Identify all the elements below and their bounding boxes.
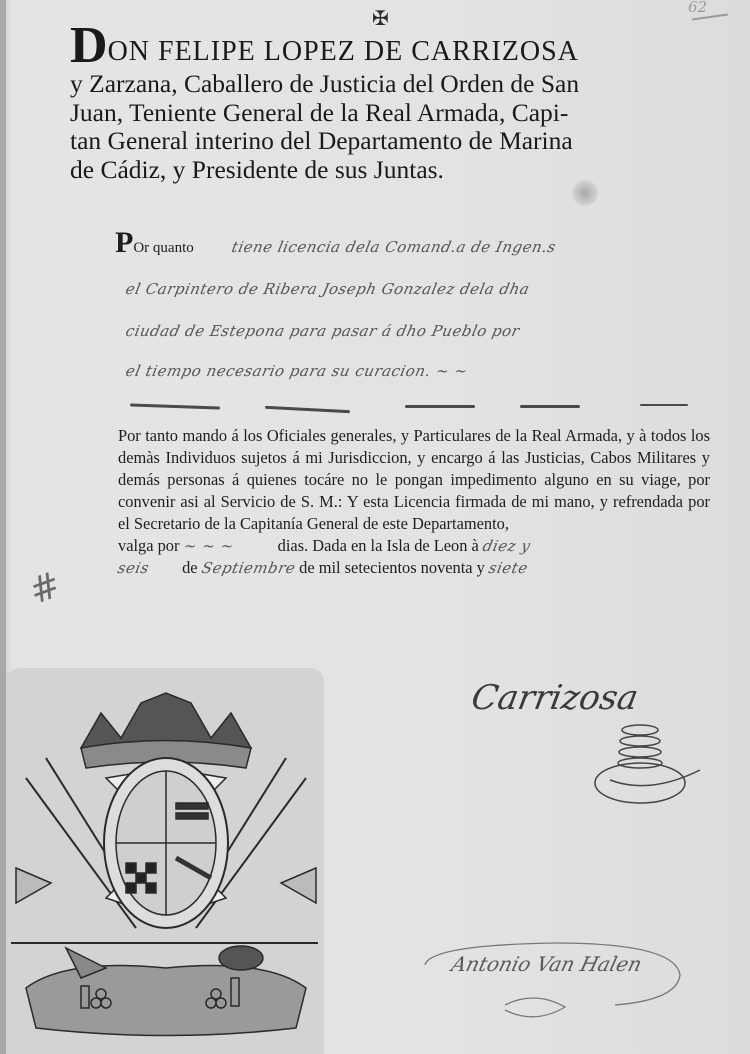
body-paragraph: Por tanto mando á los Oficiales generale… (118, 425, 710, 535)
heading-line: Juan, Teniente General de la Real Armada… (70, 99, 690, 128)
por-initial: P (115, 226, 133, 259)
heading-line: tan General interino del Departamento de… (70, 127, 690, 156)
document-body: Por tanto mando á los Oficiales generale… (118, 425, 710, 579)
flourish-line (640, 404, 688, 406)
heading-line: de Cádiz, y Presidente de sus Juntas. (70, 156, 690, 185)
flourish-line (265, 406, 350, 413)
handwritten-line: ciudad de Estepona para pasar á dho Pueb… (124, 322, 521, 340)
heading-name: ON FELIPE LOPEZ DE CARRIZOSA (108, 36, 579, 67)
margin-mark: # (24, 564, 66, 613)
signature-carrizosa: Carrizosa (468, 678, 641, 718)
signature-secretary: Antonio Van Halen (449, 952, 644, 976)
ink-stain (572, 180, 598, 206)
flourish-line (520, 405, 580, 408)
secretary-rubric (415, 935, 695, 1020)
signature-rubric (590, 715, 710, 815)
por-text: Or quanto (133, 240, 193, 256)
document-page: ✠ 62 DON FELIPE LOPEZ DE CARRIZOSA y Zar… (0, 0, 750, 1054)
handwritten-line: tiene licencia dela Comand.a de Ingen.s (230, 238, 558, 256)
flourish-line (130, 403, 220, 409)
date-line: seis de Septiembre de mil setecientos no… (118, 557, 710, 579)
flourish-line (405, 405, 475, 408)
coat-of-arms-icon (6, 668, 324, 1054)
validity-line: valga por ~ ~ ~ dias. Dada en la Isla de… (118, 535, 710, 557)
handwritten-line: el tiempo necesario para su curacion. ~ … (124, 362, 469, 380)
por-quanto: POr quanto (115, 226, 194, 260)
handwritten-line: el Carpintero de Ribera Joseph Gonzalez … (124, 280, 531, 298)
folio-number: 62 (688, 0, 707, 16)
coat-of-arms (6, 668, 324, 1054)
document-heading: DON FELIPE LOPEZ DE CARRIZOSA y Zarzana,… (70, 26, 690, 184)
heading-line: y Zarzana, Caballero de Justicia del Ord… (70, 70, 690, 99)
heading-initial: D (70, 26, 108, 66)
